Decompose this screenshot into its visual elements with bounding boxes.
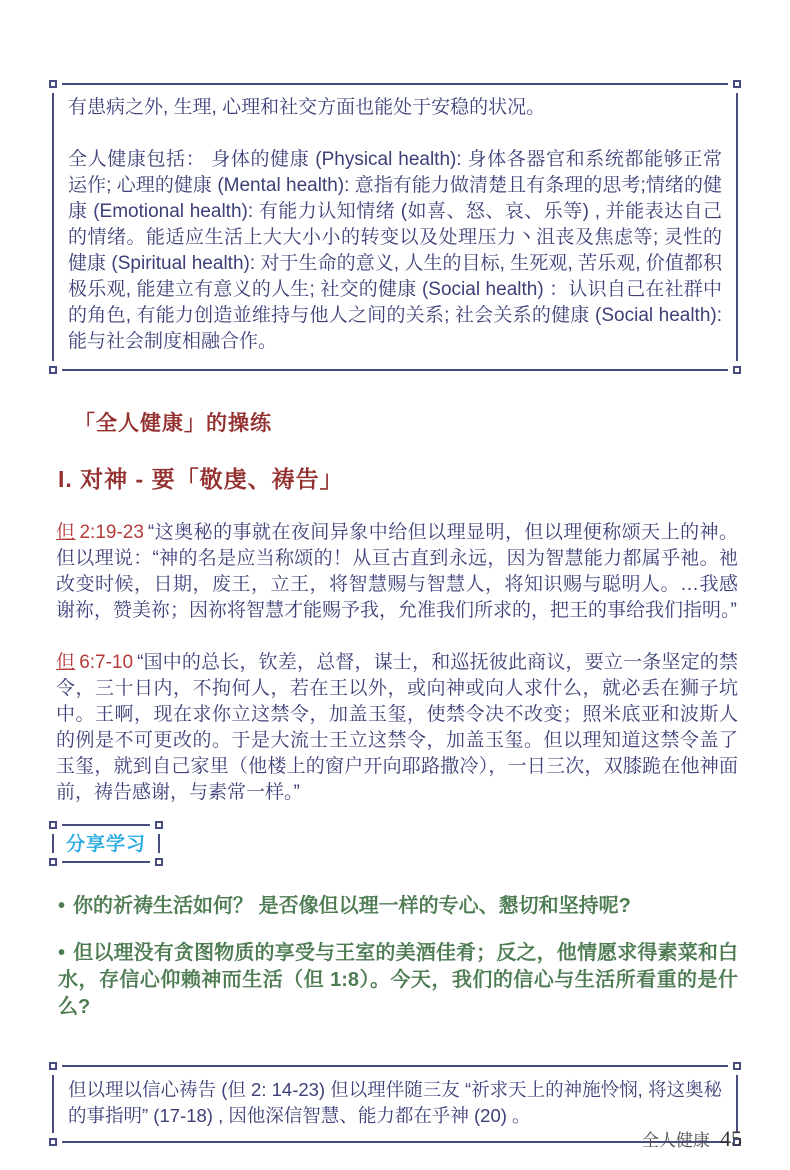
scripture-text: “国中的总长，钦差，总督，谋士，和巡抚彼此商议，要立一条坚定的禁令，三十日内，不… <box>56 652 738 803</box>
section-title: 「全人健康」的操练 <box>74 407 790 437</box>
box-corner-ornament <box>52 361 62 371</box>
box-corner-ornament <box>52 83 62 93</box>
box-corner-ornament <box>52 853 62 863</box>
scripture-verse-range: 6:7-10 <box>79 652 133 673</box>
scripture-book-ref: 但 <box>56 522 75 543</box>
summary-box: 但以理以信心祷告 (但 2: 14-23) 但以理伴随三友 “祈求天上的神施怜悯… <box>52 1065 738 1143</box>
page-number: 45 <box>720 1126 742 1151</box>
share-study-label: 分享学习 <box>66 834 146 855</box>
scripture-text: “这奥秘的事就在夜间异象中给但以理显明，但以理便称颂天上的神。但以理说：“神的名… <box>56 522 738 621</box>
box-corner-ornament <box>52 824 62 834</box>
bullet-marker: • <box>58 895 65 917</box>
bullet-marker: • <box>58 942 65 964</box>
share-study-label-box: 分享学习 <box>52 824 160 863</box>
box-corner-ornament <box>52 1133 62 1143</box>
question-text: 你的祈祷生活如何？ 是否像但以理一样的专心、懇切和坚持呢? <box>73 895 631 917</box>
main-heading: I. 对神 - 要「敬虔、祷告」 <box>58 461 790 494</box>
summary-text: 但以理以信心祷告 (但 2: 14-23) 但以理伴随三友 “祈求天上的神施怜悯… <box>68 1077 722 1129</box>
scripture-passage-1: 但2:19-23“这奥秘的事就在夜间异象中给但以理显明，但以理便称颂天上的神。但… <box>56 520 738 624</box>
box-corner-ornament <box>150 853 160 863</box>
definition-paragraph-1: 有患病之外, 生理, 心理和社交方面也能处于安稳的状况。 <box>68 95 722 121</box>
discussion-question-1: •你的祈祷生活如何？ 是否像但以理一样的专心、懇切和坚持呢? <box>58 893 738 920</box>
scripture-passage-2: 但6:7-10“国中的总长，钦差，总督，谋士，和巡抚彼此商议，要立一条坚定的禁令… <box>56 650 738 806</box>
box-corner-ornament <box>150 824 160 834</box>
definition-paragraph-2: 全人健康包括： 身体的健康 (Physical health): 身体各器官和系… <box>68 147 722 355</box>
box-corner-ornament <box>728 1065 738 1075</box>
box-corner-ornament <box>52 1065 62 1075</box>
discussion-questions: •你的祈祷生活如何？ 是否像但以理一样的专心、懇切和坚持呢? •但以理没有贪图物… <box>58 893 738 1021</box>
page-footer: 全人健康45 <box>642 1126 742 1152</box>
box-corner-ornament <box>728 83 738 93</box>
box-corner-ornament <box>728 361 738 371</box>
discussion-question-2: •但以理没有贪图物质的享受与王室的美酒佳肴；反之，他情愿求得素菜和白水，存信心仰… <box>58 940 738 1021</box>
document-page: 有患病之外, 生理, 心理和社交方面也能处于安稳的状况。 全人健康包括： 身体的… <box>0 0 790 1170</box>
footer-booklet-title: 全人健康 <box>642 1131 710 1150</box>
question-text: 但以理没有贪图物质的享受与王室的美酒佳肴；反之，他情愿求得素菜和白水，存信心仰赖… <box>58 942 738 1018</box>
scripture-verse-range: 2:19-23 <box>79 522 143 543</box>
scripture-book-ref: 但 <box>56 652 75 673</box>
health-definition-box: 有患病之外, 生理, 心理和社交方面也能处于安稳的状况。 全人健康包括： 身体的… <box>52 83 738 371</box>
